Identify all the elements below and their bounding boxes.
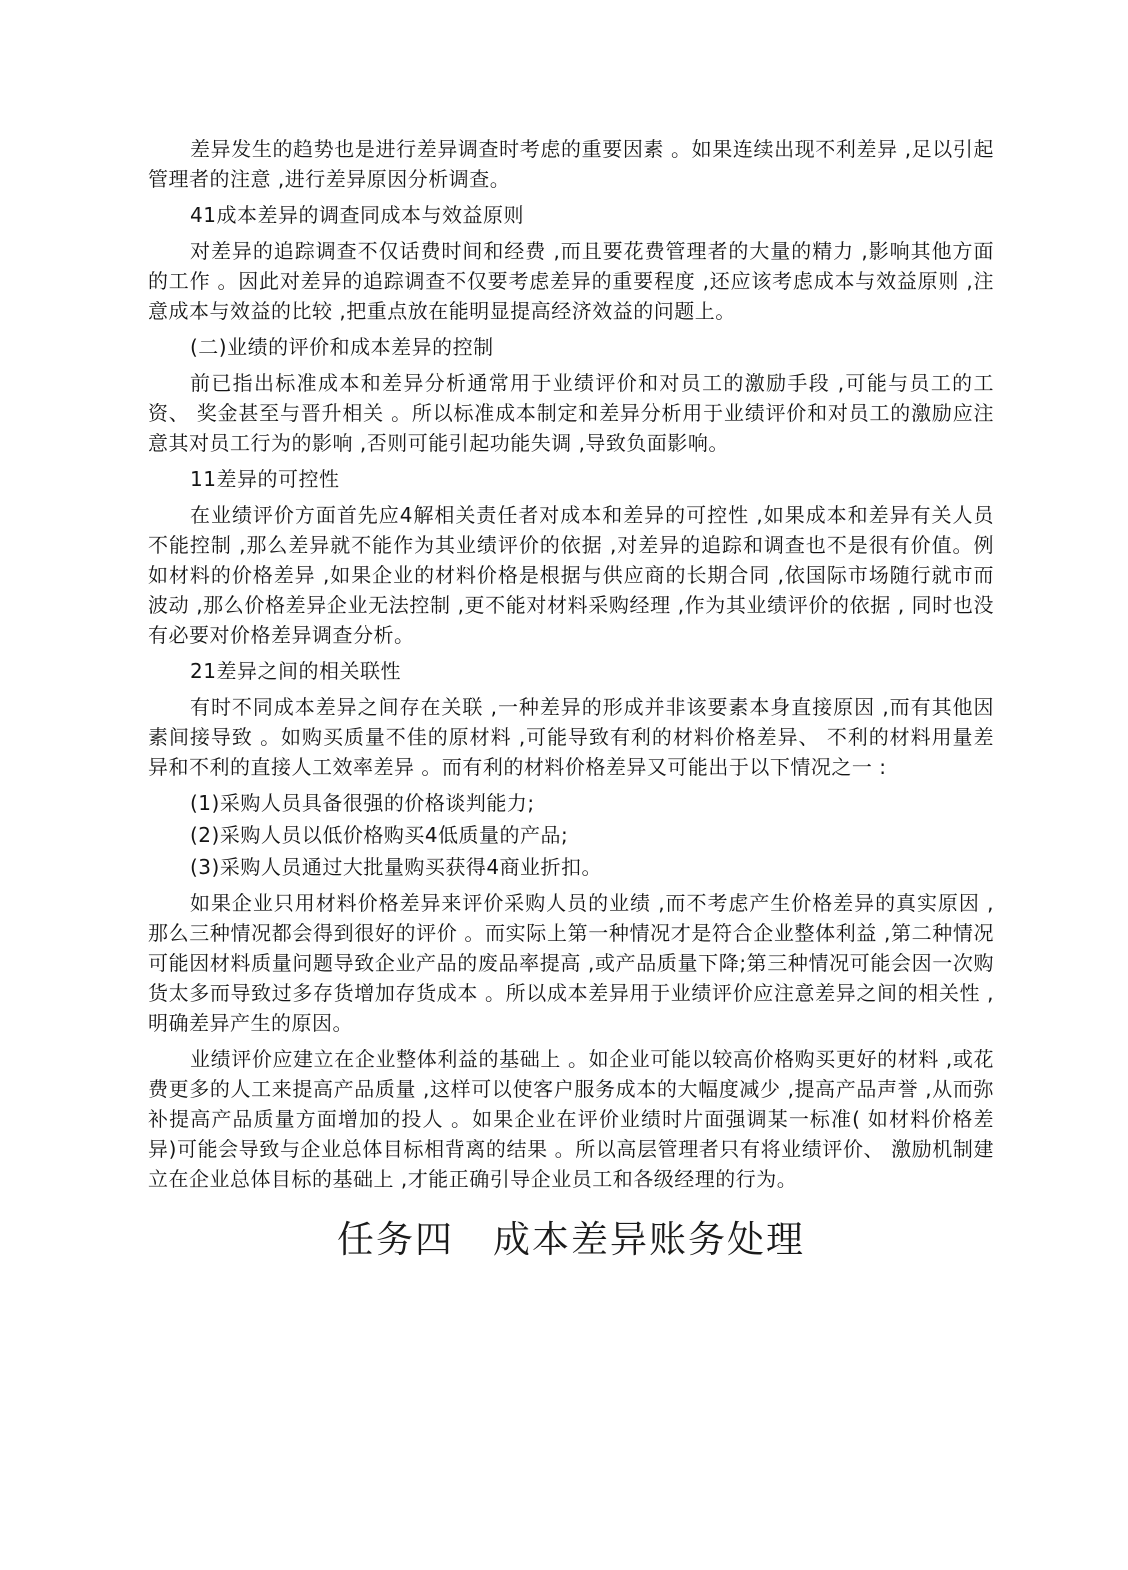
body-paragraph: 如果企业只用材料价格差异来评价采购人员的业绩 ,而不考虑产生价格差异的真实原因 … [148,888,994,1038]
section-subheading: 41成本差异的调查同成本与效益原则 [148,200,994,230]
list-item: (2)采购人员以低价格购买4低质量的产品; [148,820,994,850]
section-subheading: 21差异之间的相关联性 [148,656,994,686]
body-paragraph: 前已指出标准成本和差异分析通常用于业绩评价和对员工的激励手段 ,可能与员工的工资… [148,368,994,458]
body-paragraph: 对差异的追踪调查不仅话费时间和经费 ,而且要花费管理者的大量的精力 ,影响其他方… [148,236,994,326]
section-subheading: 11差异的可控性 [148,464,994,494]
chapter-title: 任务四 成本差异账务处理 [148,1216,994,1264]
document-page: 差异发生的趋势也是进行差异调查时考虑的重要因素 。如果连续出现不利差异 ,足以引… [0,0,1128,1570]
body-paragraph: 业绩评价应建立在企业整体利益的基础上 。如企业可能以较高价格购买更好的材料 ,或… [148,1044,994,1194]
body-paragraph: 有时不同成本差异之间存在关联 ,一种差异的形成并非该要素本身直接原因 ,而有其他… [148,692,994,782]
section-subheading: (二)业绩的评价和成本差异的控制 [148,332,994,362]
list-item: (3)采购人员通过大批量购买获得4商业折扣。 [148,852,994,882]
body-paragraph: 差异发生的趋势也是进行差异调查时考虑的重要因素 。如果连续出现不利差异 ,足以引… [148,134,994,194]
body-paragraph: 在业绩评价方面首先应4解相关责任者对成本和差异的可控性 ,如果成本和差异有关人员… [148,500,994,650]
list-item: (1)采购人员具备很强的价格谈判能力; [148,788,994,818]
